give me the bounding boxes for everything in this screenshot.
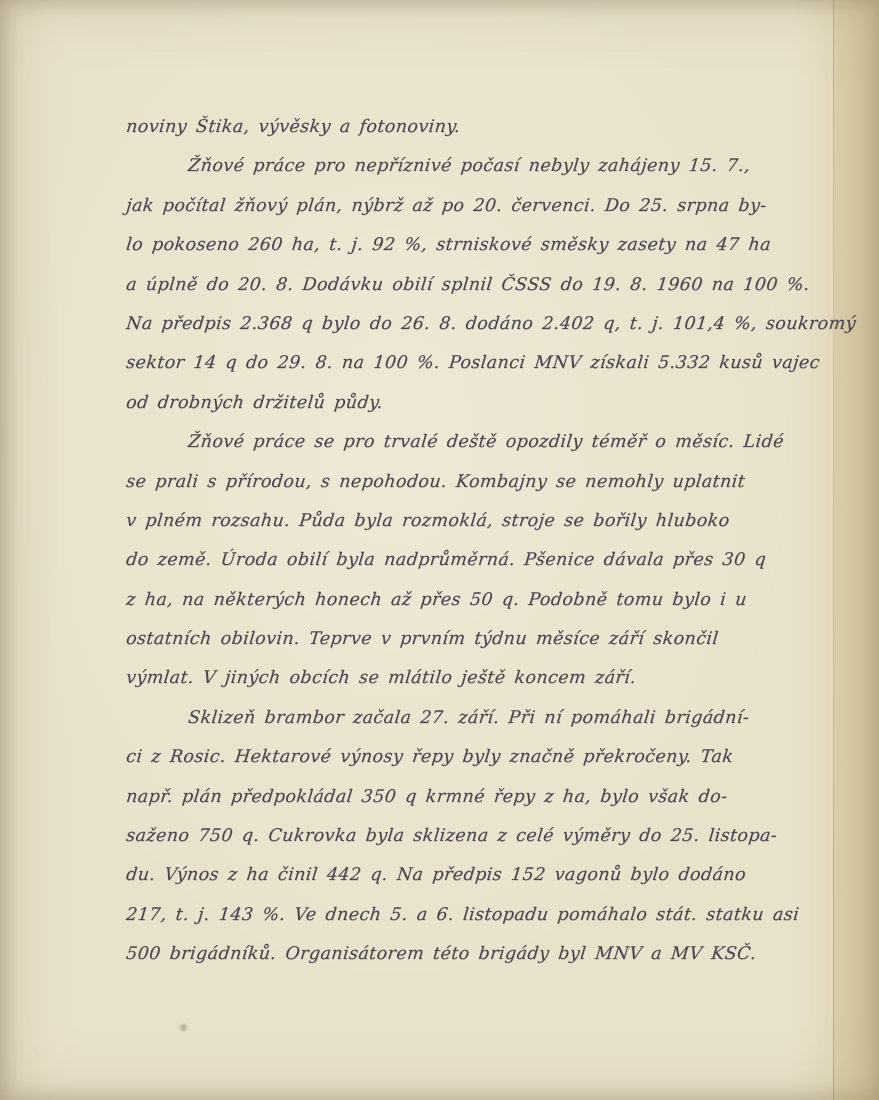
manuscript-line: se prali s přírodou, s nepohodou. Kombaj…: [124, 463, 800, 502]
page-edge-shading: [834, 0, 879, 1100]
manuscript-line: Sklizeň brambor začala 27. září. Při ní …: [124, 699, 800, 738]
manuscript-line: v plném rozsahu. Půda byla rozmoklá, str…: [124, 502, 800, 541]
manuscript-line: ostatních obilovin. Teprve v prvním týdn…: [124, 620, 800, 659]
manuscript-line: Na předpis 2.368 q bylo do 26. 8. dodáno…: [124, 305, 800, 344]
manuscript-line: do země. Úroda obilí byla nadprůměrná. P…: [124, 541, 800, 580]
manuscript-line: du. Výnos z ha činil 442 q. Na předpis 1…: [124, 856, 800, 895]
manuscript-line: 217, t. j. 143 %. Ve dnech 5. a 6. listo…: [124, 896, 800, 935]
manuscript-line: Žňové práce pro nepříznivé počasí nebyly…: [124, 147, 800, 186]
manuscript-line: noviny Štika, vývěsky a fotonoviny.: [124, 108, 800, 147]
manuscript-line: a úplně do 20. 8. Dodávku obilí splnil Č…: [124, 266, 800, 305]
manuscript-line: Žňové práce se pro trvalé deště opozdily…: [124, 423, 800, 462]
manuscript-line: lo pokoseno 260 ha, t. j. 92 %, strnisko…: [124, 226, 800, 265]
manuscript-line: výmlat. V jiných obcích se mlátilo ještě…: [124, 659, 800, 698]
manuscript-line: saženo 750 q. Cukrovka byla sklizena z c…: [124, 817, 800, 856]
manuscript-line: od drobných držitelů půdy.: [124, 384, 800, 423]
manuscript-page: noviny Štika, vývěsky a fotonoviny. Žňov…: [0, 0, 879, 1100]
handwritten-text-block: noviny Štika, vývěsky a fotonoviny. Žňov…: [124, 108, 796, 975]
manuscript-line: z ha, na některých honech až přes 50 q. …: [124, 581, 800, 620]
paper-blemish: [180, 1024, 187, 1031]
manuscript-line: 500 brigádníků. Organisátorem této brigá…: [124, 935, 800, 974]
manuscript-line: např. plán předpokládal 350 q krmné řepy…: [124, 778, 800, 817]
manuscript-line: ci z Rosic. Hektarové výnosy řepy byly z…: [124, 738, 800, 777]
manuscript-line: jak počítal žňový plán, nýbrž až po 20. …: [124, 187, 800, 226]
manuscript-line: sektor 14 q do 29. 8. na 100 %. Poslanci…: [124, 344, 800, 383]
